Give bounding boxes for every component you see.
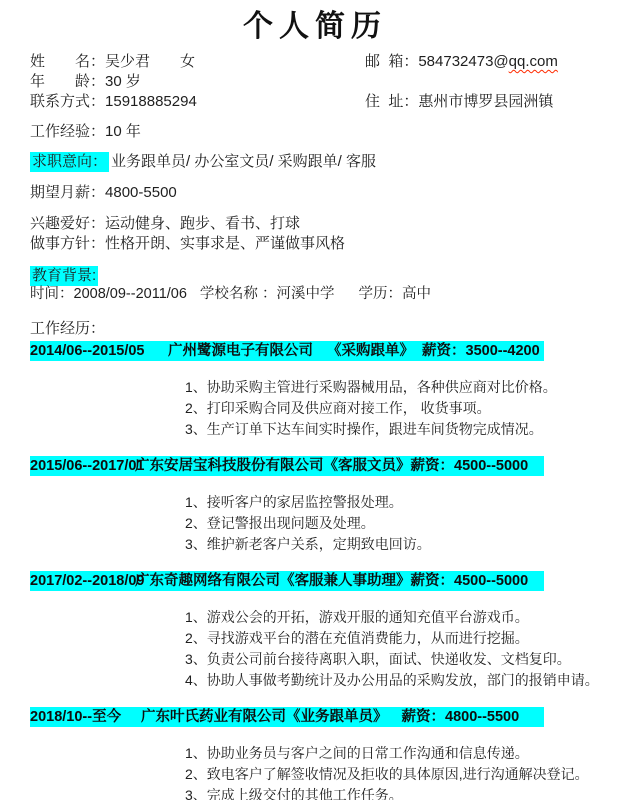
job-entry-1: 2014/06--2015/05广州鹭源电子有限公司《采购跟单》薪资：3500-… (30, 341, 600, 440)
motto-value: 性格开朗、实事求是、严谨做事风格 (105, 235, 345, 252)
job-bullets: 1、协助业务员与客户之间的日常工作沟通和信息传递。 2、致电客户了解签收情况及拒… (185, 743, 600, 800)
intention-value: 业务跟单员/ 办公室文员/ 采购跟单/ 客服 (111, 153, 376, 170)
profile-info: 姓 名：吴少君女 年 龄：30 岁 联系方式：15918885294 邮 箱：5… (30, 52, 600, 112)
job-bullets: 1、协助采购主管进行采购器械用品，各种供应商对比价格。 2、打印采购合同及供应商… (185, 377, 600, 440)
job-bullet: 3、完成上级交付的其他工作任务。 (185, 785, 600, 800)
job-bullet: 1、协助业务员与客户之间的日常工作沟通和信息传递。 (185, 743, 600, 764)
contact-label: 联系方式： (30, 93, 105, 110)
job-bullet: 2、致电客户了解签收情况及拒收的具体原因,进行沟通解决登记。 (185, 764, 600, 785)
name-row: 姓 名：吴少君女 (30, 52, 365, 72)
job-bullet: 4、协助人事做考勤统计及办公用品的采购发放，部门的报销申请。 (185, 670, 600, 691)
job-period: 2018/10--至今 (30, 707, 135, 727)
hobby-row: 兴趣爱好：运动健身、跑步、看书、打球 (30, 214, 600, 234)
job-bullet: 3、负责公司前台接待离职入职，面试、快递收发、文档复印。 (185, 649, 600, 670)
email-row: 邮 箱：584732473@qq.com (365, 52, 600, 72)
experience-row: 工作经验：10 年 (30, 124, 600, 140)
resume-page: 个人简历 姓 名：吴少君女 年 龄：30 岁 联系方式：15918885294 … (0, 0, 628, 800)
intention-label: 求职意向： (30, 152, 109, 172)
email-user: 584732473@ (418, 53, 508, 70)
job-bullet: 1、协助采购主管进行采购器械用品，各种供应商对比价格。 (185, 377, 600, 398)
resume-title: 个人简历 (30, 8, 600, 46)
expected-salary-label: 期望月薪： (30, 184, 105, 201)
job-bullet: 2、登记警报出现问题及处理。 (185, 513, 600, 534)
spacer-row (365, 72, 600, 92)
job-company: 广东奇趣网络有限公司 (135, 573, 280, 589)
job-bullets: 1、接听客户的家居监控警报处理。 2、登记警报出现问题及处理。 3、维护新老客户… (185, 492, 600, 555)
job-header: 2014/06--2015/05广州鹭源电子有限公司《采购跟单》薪资：3500-… (30, 341, 544, 361)
job-bullet: 1、接听客户的家居监控警报处理。 (185, 492, 600, 513)
job-company: 广东安居宝科技股份有限公司 (135, 458, 324, 474)
job-period: 2015/06--2017/01 (30, 456, 135, 476)
age-label: 年 龄： (30, 73, 105, 90)
job-period: 2014/06--2015/05 (30, 341, 135, 361)
job-bullets: 1、游戏公会的开拓，游戏开服的通知充值平台游戏币。 2、寻找游戏平台的潜在充值消… (185, 607, 600, 691)
address-row: 住 址：惠州市博罗县园洲镇 (365, 92, 600, 112)
job-entry-3: 2017/02--2018/09广东奇趣网络有限公司《客服兼人事助理》薪资：45… (30, 571, 600, 691)
education-section-label: 教育背景: (30, 266, 98, 286)
email-label: 邮 箱： (365, 53, 418, 70)
job-header: 2017/02--2018/09广东奇趣网络有限公司《客服兼人事助理》薪资：45… (30, 571, 544, 591)
expected-salary-row: 期望月薪：4800-5500 (30, 185, 600, 201)
age-value: 30 岁 (105, 73, 141, 90)
job-header: 2018/10--至今广东叶氏药业有限公司《业务跟单员》薪资：4800--550… (30, 707, 544, 727)
job-company: 广州鹭源电子有限公司 (168, 343, 313, 359)
job-position: 《业务跟单员》 (286, 709, 388, 725)
gender-value: 女 (180, 53, 195, 70)
education-time-label: 时间： (30, 286, 74, 302)
expected-salary-value: 4800-5500 (105, 184, 177, 201)
name-label: 姓 名： (30, 53, 105, 70)
job-position: 《客服文员》 (324, 458, 411, 474)
education-section: 教育背景: (30, 268, 600, 284)
job-bullet: 2、打印采购合同及供应商对接工作， 收货事项。 (185, 398, 600, 419)
job-position: 《采购跟单》 (327, 343, 414, 359)
job-entry-4: 2018/10--至今广东叶氏药业有限公司《业务跟单员》薪资：4800--550… (30, 707, 600, 800)
job-salary: 薪资：3500--4200 (422, 343, 540, 359)
job-position: 《客服兼人事助理》 (280, 573, 411, 589)
profile-left-column: 姓 名：吴少君女 年 龄：30 岁 联系方式：15918885294 (30, 52, 365, 112)
hobby-label: 兴趣爱好： (30, 215, 105, 232)
school-value: 河溪中学 (276, 286, 334, 302)
name-value: 吴少君 (105, 53, 150, 70)
education-detail-row: 时间：2008/09--2011/06学校名称 ：河溪中学学历：高中 (30, 284, 600, 304)
profile-right-column: 邮 箱：584732473@qq.com 住 址：惠州市博罗县园洲镇 (365, 52, 600, 112)
job-company: 广东叶氏药业有限公司 (141, 709, 286, 725)
contact-row: 联系方式：15918885294 (30, 92, 365, 112)
age-row: 年 龄：30 岁 (30, 72, 365, 92)
motto-label: 做事方针： (30, 235, 105, 252)
job-bullet: 3、维护新老客户关系，定期致电回访。 (185, 534, 600, 555)
job-salary: 薪资：4500--5000 (411, 458, 529, 474)
job-bullet: 2、寻找游戏平台的潜在充值消费能力，从而进行挖掘。 (185, 628, 600, 649)
degree-label: 学历： (358, 286, 402, 302)
address-label: 住 址： (365, 93, 418, 110)
job-entry-2: 2015/06--2017/01广东安居宝科技股份有限公司《客服文员》薪资：45… (30, 456, 600, 555)
degree-value: 高中 (402, 286, 431, 302)
motto-row: 做事方针：性格开朗、实事求是、严谨做事风格 (30, 234, 600, 254)
work-section-label: 工作经历： (30, 321, 600, 337)
contact-value: 15918885294 (105, 93, 197, 110)
school-label: 学校名称 ： (200, 286, 277, 302)
experience-value: 10 年 (105, 123, 141, 140)
intention-row: 求职意向：业务跟单员/ 办公室文员/ 采购跟单/ 客服 (30, 154, 600, 170)
job-period: 2017/02--2018/09 (30, 571, 135, 591)
experience-label: 工作经验： (30, 123, 105, 140)
hobby-value: 运动健身、跑步、看书、打球 (105, 215, 300, 232)
job-salary: 薪资：4800--5500 (402, 709, 520, 725)
job-header: 2015/06--2017/01广东安居宝科技股份有限公司《客服文员》薪资：45… (30, 456, 544, 476)
job-bullet: 3、生产订单下达车间实时操作，跟进车间货物完成情况。 (185, 419, 600, 440)
address-value: 惠州市博罗县园洲镇 (418, 93, 553, 110)
job-bullet: 1、游戏公会的开拓，游戏开服的通知充值平台游戏币。 (185, 607, 600, 628)
email-domain: qq.com (509, 53, 558, 70)
education-time-value: 2008/09--2011/06 (74, 286, 187, 302)
job-salary: 薪资：4500--5000 (411, 573, 529, 589)
